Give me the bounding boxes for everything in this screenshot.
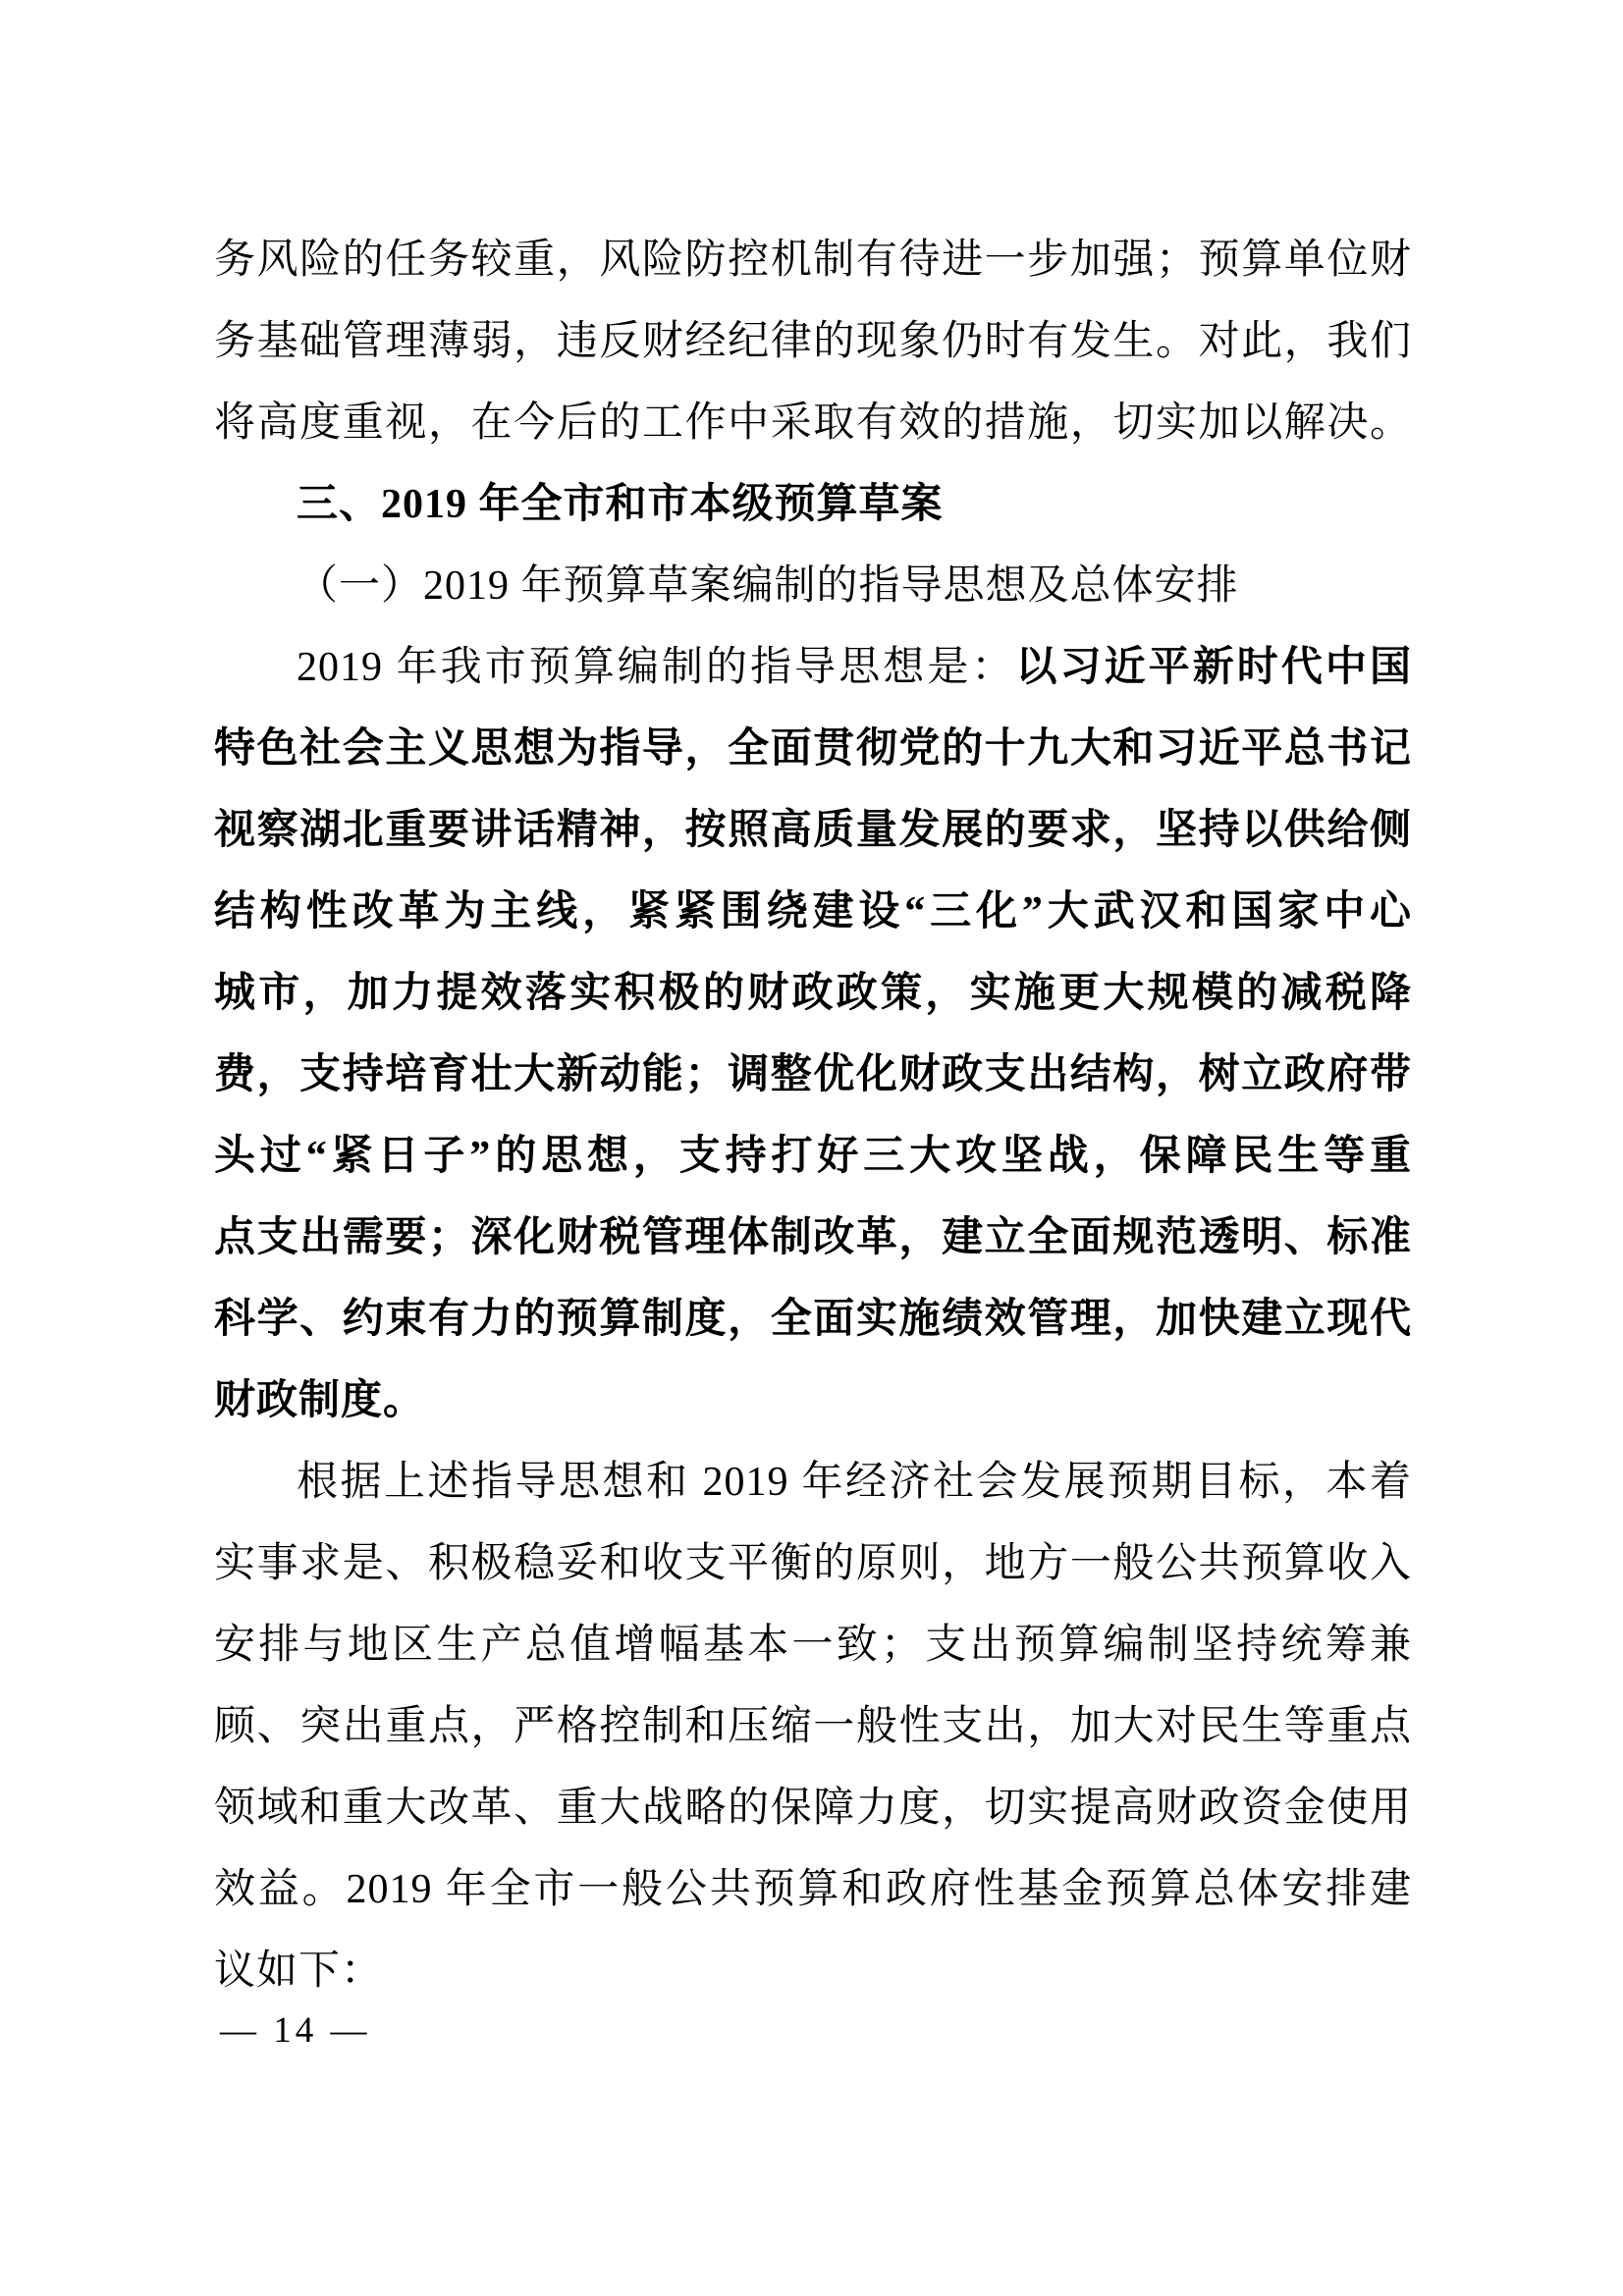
section-heading: 三、2019 年全市和市本级预算草案	[214, 464, 1412, 546]
para-guiding-line-4: 结构性改革为主线，紧紧围绕建设“三化”大武汉和国家中心	[214, 872, 1412, 953]
para-arrangement-line-3: 安排与地区生产总值增幅基本一致；支出预算编制坚持统筹兼	[214, 1605, 1412, 1686]
text-run: 效益。2019 年全市一般公共预算和政府性基金预算总体安排建	[214, 1867, 1412, 1912]
para-arrangement-line-4: 顾、突出重点，严格控制和压缩一般性支出，加大对民生等重点	[214, 1686, 1412, 1768]
text-run: 城市，加力提效落实积极的财政政策，实施更大规模的减税降	[214, 971, 1412, 1016]
para-risk-line-3: 将高度重视，在今后的工作中采取有效的措施，切实加以解决。	[214, 383, 1412, 464]
para-guiding-line-10: 财政制度。	[214, 1361, 1412, 1442]
text-run: 头过“紧日子”的思想，支持打好三大攻坚战，保障民生等重	[214, 1134, 1412, 1179]
para-guiding-line-1: 2019 年我市预算编制的指导思想是：以习近平新时代中国	[214, 627, 1412, 709]
text-run: 结构性改革为主线，紧紧围绕建设“三化”大武汉和国家中心	[214, 889, 1412, 934]
text-run: 视察湖北重要讲话精神，按照高质量发展的要求，坚持以供给侧	[214, 808, 1412, 853]
text-run: 顾、突出重点，严格控制和压缩一般性支出，加大对民生等重点	[214, 1704, 1412, 1749]
para-arrangement-line-1: 根据上述指导思想和 2019 年经济社会发展预期目标，本着	[214, 1442, 1412, 1523]
para-arrangement-line-5: 领域和重大改革、重大战略的保障力度，切实提高财政资金使用	[214, 1768, 1412, 1849]
text-run: 费，支持培育壮大新动能；调整优化财政支出结构，树立政府带	[214, 1052, 1412, 1097]
text-run: （一）2019 年预算草案编制的指导思想及总体安排	[297, 563, 1239, 609]
text-run: 安排与地区生产总值增幅基本一致；支出预算编制坚持统筹兼	[214, 1623, 1412, 1668]
para-guiding-line-7: 头过“紧日子”的思想，支持打好三大攻坚战，保障民生等重	[214, 1116, 1412, 1198]
text-run: 议如下：	[214, 1949, 383, 1994]
text-run: 将高度重视，在今后的工作中采取有效的措施，切实加以解决。	[214, 400, 1412, 446]
para-guiding-line-2: 特色社会主义思想为指导，全面贯彻党的十九大和习近平总书记	[214, 709, 1412, 790]
para-guiding-line-9: 科学、约束有力的预算制度，全面实施绩效管理，加快建立现代	[214, 1279, 1412, 1361]
text-run: 三、2019 年全市和市本级预算草案	[297, 482, 944, 527]
para-guiding-line-5: 城市，加力提效落实积极的财政政策，实施更大规模的减税降	[214, 953, 1412, 1035]
para-arrangement-line-6: 效益。2019 年全市一般公共预算和政府性基金预算总体安排建	[214, 1849, 1412, 1931]
document-page: 务风险的任务较重，风险防控机制有待进一步加强；预算单位财务基础管理薄弱，违反财经…	[0, 0, 1623, 2296]
text-run: 领域和重大改革、重大战略的保障力度，切实提高财政资金使用	[214, 1786, 1412, 1831]
para-guiding-line-8: 点支出需要；深化财税管理体制改革，建立全面规范透明、标准	[214, 1198, 1412, 1279]
text-run: 根据上述指导思想和 2019 年经济社会发展预期目标，本着	[297, 1460, 1412, 1505]
document-body: 务风险的任务较重，风险防控机制有待进一步加强；预算单位财务基础管理薄弱，违反财经…	[214, 220, 1412, 2012]
para-guiding-line-6: 费，支持培育壮大新动能；调整优化财政支出结构，树立政府带	[214, 1035, 1412, 1116]
para-guiding-line-3: 视察湖北重要讲话精神，按照高质量发展的要求，坚持以供给侧	[214, 790, 1412, 872]
text-run: 财政制度。	[214, 1378, 425, 1423]
para-arrangement-line-2: 实事求是、积极稳妥和收支平衡的原则，地方一般公共预算收入	[214, 1523, 1412, 1605]
para-arrangement-line-7: 议如下：	[214, 1931, 1412, 2012]
text-run: 点支出需要；深化财税管理体制改革，建立全面规范透明、标准	[214, 1215, 1412, 1260]
text-run: 科学、约束有力的预算制度，全面实施绩效管理，加快建立现代	[214, 1297, 1412, 1342]
page-number: — 14 —	[220, 2004, 371, 2057]
text-run: 务风险的任务较重，风险防控机制有待进一步加强；预算单位财	[214, 238, 1412, 283]
subsection-heading: （一）2019 年预算草案编制的指导思想及总体安排	[214, 546, 1412, 627]
text-run: 以习近平新时代中国	[1015, 645, 1412, 690]
para-risk-line-2: 务基础管理薄弱，违反财经纪律的现象仍时有发生。对此，我们	[214, 301, 1412, 383]
text-run: 务基础管理薄弱，违反财经纪律的现象仍时有发生。对此，我们	[214, 319, 1412, 364]
text-run: 特色社会主义思想为指导，全面贯彻党的十九大和习近平总书记	[214, 726, 1412, 772]
para-risk-line-1: 务风险的任务较重，风险防控机制有待进一步加强；预算单位财	[214, 220, 1412, 301]
text-run: 实事求是、积极稳妥和收支平衡的原则，地方一般公共预算收入	[214, 1541, 1412, 1586]
text-run: 2019 年我市预算编制的指导思想是：	[297, 645, 1015, 690]
